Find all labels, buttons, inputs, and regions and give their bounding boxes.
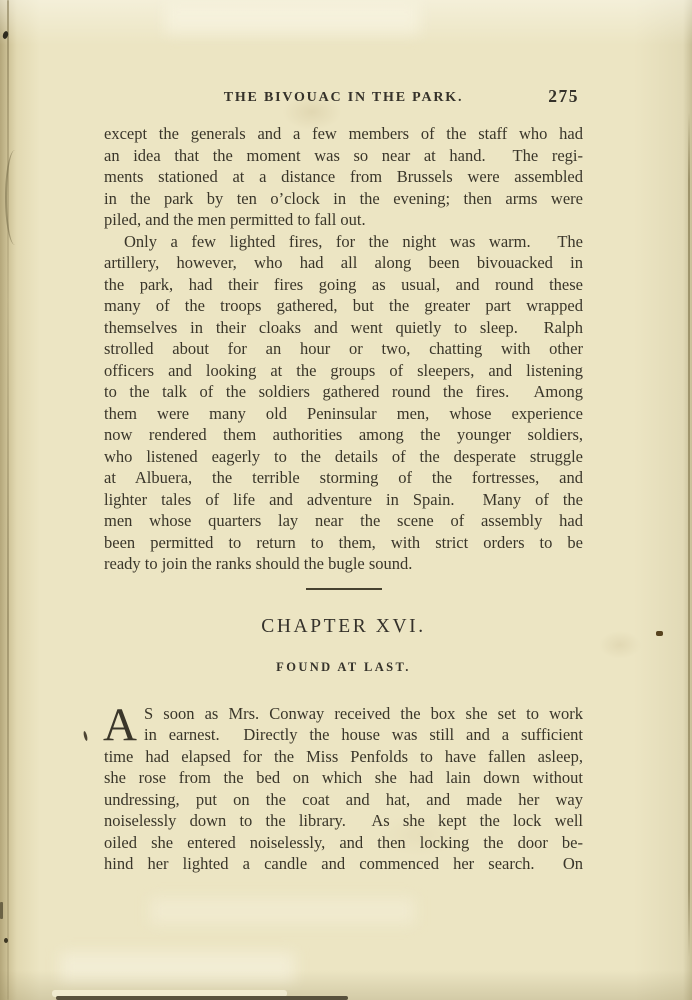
chapter-heading: CHAPTER XVI. xyxy=(104,616,583,638)
text-line: noiselessly down to the library. As she … xyxy=(104,810,583,832)
ink-speck xyxy=(4,938,8,943)
opening-paragraph: A S soon as Mrs. Conway received the box… xyxy=(104,703,583,875)
text-line: men whose quarters lay near the scene of… xyxy=(104,510,583,532)
text-line: ments stationed at a distance from Bruss… xyxy=(104,166,583,188)
running-header-title: THE BIVOUAC IN THE PARK. xyxy=(104,86,583,106)
text-line: officers and looking at the groups of sl… xyxy=(104,360,583,382)
running-header: THE BIVOUAC IN THE PARK. 275 xyxy=(104,86,583,108)
paper-streak xyxy=(60,952,295,982)
drop-cap: A xyxy=(103,706,137,744)
binding-crease xyxy=(7,0,9,1000)
text-line: been permitted to return to them, with s… xyxy=(104,532,583,554)
page-content: THE BIVOUAC IN THE PARK. 275 except the … xyxy=(104,86,583,875)
ink-speck xyxy=(0,902,3,919)
text-line: artillery, however, who had all along be… xyxy=(104,252,583,274)
text-line: hind her lighted a candle and commenced … xyxy=(104,853,583,875)
margin-mark xyxy=(83,731,88,741)
page-edge-line xyxy=(688,112,690,957)
chapter-subheading: FOUND AT LAST. xyxy=(104,660,583,675)
text-line: them were many old Peninsular men, whose… xyxy=(104,403,583,425)
text-line: in the park by ten o’clock in the evenin… xyxy=(104,188,583,210)
text-line: undressing, put on the coat and hat, and… xyxy=(104,789,583,811)
text-line: S soon as Mrs. Conway received the box s… xyxy=(104,703,583,725)
text-line: the park, had their fires going as usual… xyxy=(104,274,583,296)
paper-streak xyxy=(165,4,420,34)
page-number: 275 xyxy=(548,86,579,107)
ink-speck xyxy=(656,631,663,636)
underlying-pages-edge xyxy=(56,996,348,1000)
text-line: now rendered them authorities among the … xyxy=(104,424,583,446)
text-line: time had elapsed for the Miss Penfolds t… xyxy=(104,746,583,768)
text-line: oiled she entered noiselessly, and then … xyxy=(104,832,583,854)
text-line: themselves in their cloaks and went quie… xyxy=(104,317,583,339)
opening-indented-lines: S soon as Mrs. Conway received the box s… xyxy=(104,703,583,746)
text-line: Only a few lighted fires, for the night … xyxy=(104,231,583,253)
opening-full-lines: time had elapsed for the Miss Penfolds t… xyxy=(104,746,583,875)
paper-streak xyxy=(150,898,415,924)
section-divider xyxy=(306,588,382,590)
text-line: except the generals and a few members of… xyxy=(104,123,583,145)
text-line: many of the troops gathered, but the gre… xyxy=(104,295,583,317)
paragraph-bivouac-1: except the generals and a few members of… xyxy=(104,123,583,231)
text-line: to the talk of the soldiers gathered rou… xyxy=(104,381,583,403)
text-line: lighter tales of life and adventure in S… xyxy=(104,489,583,511)
text-line: ready to join the ranks should the bugle… xyxy=(104,553,583,575)
text-line: piled, and the men permitted to fall out… xyxy=(104,209,583,231)
text-line: who listened eagerly to the details of t… xyxy=(104,446,583,468)
paragraph-bivouac-2: Only a few lighted fires, for the night … xyxy=(104,231,583,575)
text-line: she rose from the bed on which she had l… xyxy=(104,767,583,789)
text-line: an idea that the moment was so near at h… xyxy=(104,145,583,167)
text-line: at Albuera, the terrible storming of the… xyxy=(104,467,583,489)
text-line: in earnest. Directly the house was still… xyxy=(104,724,583,746)
text-line: strolled about for an hour or two, chatt… xyxy=(104,338,583,360)
book-page: THE BIVOUAC IN THE PARK. 275 except the … xyxy=(0,0,692,1000)
